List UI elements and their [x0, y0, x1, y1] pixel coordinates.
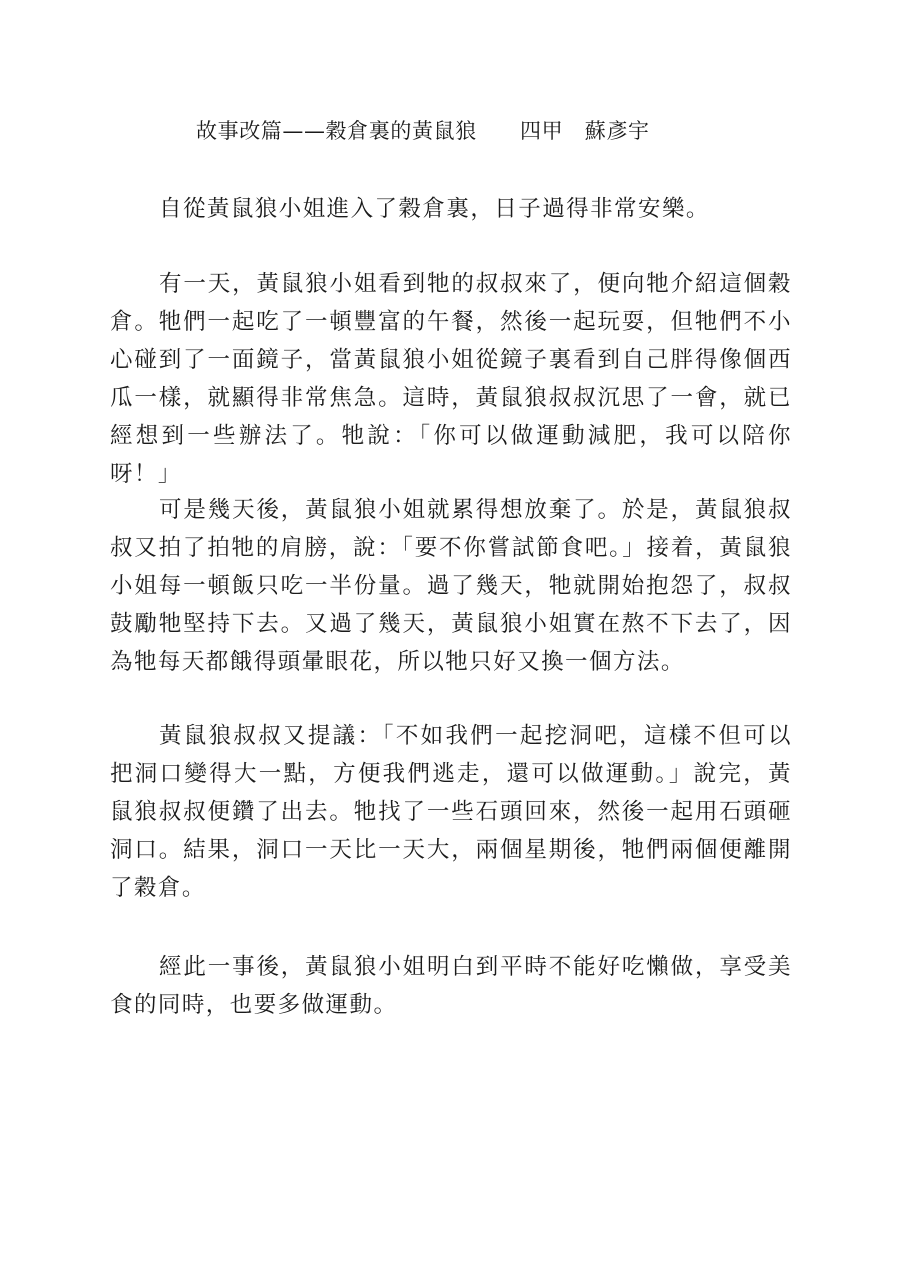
- document-page: 故事改篇——穀倉裏的黃鼠狼 四甲 蘇彥宇 自從黃鼠狼小姐進入了穀倉裏，日子過得非…: [0, 0, 905, 1280]
- paragraph-3: 可是幾天後，黃鼠狼小姐就累得想放棄了。於是，黃鼠狼叔叔又拍了拍牠的肩膀，說：「要…: [110, 491, 792, 681]
- paragraph-5: 經此一事後，黃鼠狼小姐明白到平時不能好吃懶做，享受美食的同時，也要多做運動。: [110, 948, 792, 1024]
- paragraph-1: 自從黃鼠狼小姐進入了穀倉裏，日子過得非常安樂。: [110, 190, 792, 228]
- paragraph-4: 黃鼠狼叔叔又提議：「不如我們一起挖洞吧，這樣不但可以把洞口變得大一點，方便我們逃…: [110, 717, 792, 907]
- document-title: 故事改篇——穀倉裏的黃鼠狼 四甲 蘇彥宇: [196, 116, 650, 146]
- paragraph-2: 有一天，黃鼠狼小姐看到牠的叔叔來了，便向牠介紹這個穀倉。牠們一起吃了一頓豐富的午…: [110, 265, 792, 493]
